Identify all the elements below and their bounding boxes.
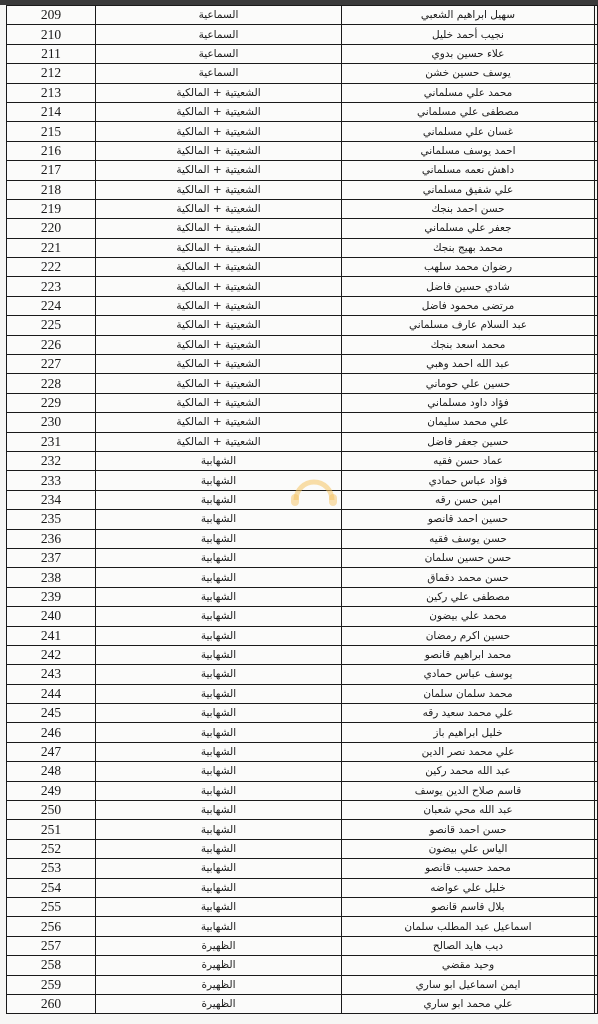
row-area: الظهيرة — [96, 956, 342, 975]
row-name: حسن حسين سلمان — [342, 548, 595, 567]
table-row: 229الشعيتية + المالكيةفؤاد داود مسلماني — [7, 393, 598, 412]
row-area: الشعيتية + المالكية — [96, 161, 342, 180]
table-row: 255الشهابيةبلال قاسم قانصو — [7, 897, 598, 916]
right-margin-cell — [595, 626, 598, 645]
row-area: الشهابية — [96, 917, 342, 936]
row-number: 222 — [7, 258, 96, 277]
right-margin-cell — [595, 994, 598, 1013]
table-row: 210السماعيةنجيب أحمد خليل — [7, 25, 598, 44]
row-number: 225 — [7, 316, 96, 335]
row-area: الشهابية — [96, 645, 342, 664]
table-row: 237الشهابيةحسن حسين سلمان — [7, 548, 598, 567]
right-margin-cell — [595, 199, 598, 218]
right-margin-cell — [595, 704, 598, 723]
row-area: الشهابية — [96, 704, 342, 723]
right-margin-cell — [595, 471, 598, 490]
right-margin-cell — [595, 645, 598, 664]
right-margin-cell — [595, 568, 598, 587]
row-area: الشعيتية + المالكية — [96, 141, 342, 160]
right-margin-cell — [595, 238, 598, 257]
table-row: 254الشهابيةخليل علي عواضه — [7, 878, 598, 897]
row-number: 209 — [7, 6, 96, 25]
row-name: حسين جعفر فاضل — [342, 432, 595, 451]
row-number: 216 — [7, 141, 96, 160]
row-name: يوسف حسين خشن — [342, 64, 595, 83]
right-margin-cell — [595, 801, 598, 820]
row-number: 231 — [7, 432, 96, 451]
table-row: 241الشهابيةحسين اكرم رمضان — [7, 626, 598, 645]
row-area: الشهابية — [96, 471, 342, 490]
table-row: 243الشهابيةيوسف عباس حمادي — [7, 665, 598, 684]
row-area: الشهابية — [96, 510, 342, 529]
row-number: 226 — [7, 335, 96, 354]
row-name: علي محمد سليمان — [342, 413, 595, 432]
row-area: الشعيتية + المالكية — [96, 413, 342, 432]
table-row: 252الشهابيةالياس علي بيضون — [7, 839, 598, 858]
row-area: الشعيتية + المالكية — [96, 335, 342, 354]
table-row: 214الشعيتية + المالكيةمصطفى علي مسلماني — [7, 102, 598, 121]
right-margin-cell — [595, 510, 598, 529]
row-name: عبد الله احمد وهبي — [342, 355, 595, 374]
row-name: قاسم صلاح الدين يوسف — [342, 781, 595, 800]
table-row: 215الشعيتية + المالكيةغسان علي مسلماني — [7, 122, 598, 141]
row-area: الشعيتية + المالكية — [96, 238, 342, 257]
row-area: الشعيتية + المالكية — [96, 219, 342, 238]
table-row: 244الشهابيةمحمد سلمان سلمان — [7, 684, 598, 703]
table-row: 217الشعيتية + المالكيةداهش نعمه مسلماني — [7, 161, 598, 180]
row-number: 211 — [7, 44, 96, 63]
table-row: 232الشهابيةعماد حسن فقيه — [7, 451, 598, 470]
right-margin-cell — [595, 723, 598, 742]
row-name: غسان علي مسلماني — [342, 122, 595, 141]
row-area: الشهابية — [96, 723, 342, 742]
row-name: نجيب أحمد خليل — [342, 25, 595, 44]
row-name: محمد علي بيضون — [342, 607, 595, 626]
table-row: 218الشعيتية + المالكيةعلي شفيق مسلماني — [7, 180, 598, 199]
row-area: الشهابية — [96, 878, 342, 897]
row-area: الشهابية — [96, 684, 342, 703]
row-number: 255 — [7, 897, 96, 916]
row-area: الشعيتية + المالكية — [96, 393, 342, 412]
table-row: 220الشعيتية + المالكيةجعفر علي مسلماني — [7, 219, 598, 238]
right-margin-cell — [595, 451, 598, 470]
right-margin-cell — [595, 607, 598, 626]
row-number: 251 — [7, 820, 96, 839]
row-name: عبد السلام عارف مسلماني — [342, 316, 595, 335]
row-name: امين حسن رقه — [342, 490, 595, 509]
row-name: علي محمد نصر الدين — [342, 742, 595, 761]
table-row: 249الشهابيةقاسم صلاح الدين يوسف — [7, 781, 598, 800]
right-margin-cell — [595, 258, 598, 277]
row-name: ديب هايد الصالح — [342, 936, 595, 955]
table-row: 260الظهيرةعلي محمد ابو ساري — [7, 994, 598, 1013]
row-area: الشعيتية + المالكية — [96, 83, 342, 102]
row-number: 230 — [7, 413, 96, 432]
right-margin-cell — [595, 141, 598, 160]
table-row: 209السماعيةسهيل ابراهيم الشعبي — [7, 6, 598, 25]
row-name: محمد بهيج بنجك — [342, 238, 595, 257]
right-margin-cell — [595, 413, 598, 432]
row-area: الشهابية — [96, 626, 342, 645]
table-row: 240الشهابيةمحمد علي بيضون — [7, 607, 598, 626]
right-margin-cell — [595, 219, 598, 238]
row-number: 259 — [7, 975, 96, 994]
table-row: 231الشعيتية + المالكيةحسين جعفر فاضل — [7, 432, 598, 451]
table-row: 213الشعيتية + المالكيةمحمد علي مسلماني — [7, 83, 598, 102]
right-margin-cell — [595, 161, 598, 180]
table-row: 253الشهابيةمحمد حسيب قانصو — [7, 859, 598, 878]
row-number: 253 — [7, 859, 96, 878]
row-area: الظهيرة — [96, 936, 342, 955]
row-area: الشعيتية + المالكية — [96, 199, 342, 218]
row-number: 235 — [7, 510, 96, 529]
row-name: جعفر علي مسلماني — [342, 219, 595, 238]
row-name: محمد سلمان سلمان — [342, 684, 595, 703]
row-area: الشهابية — [96, 490, 342, 509]
table-row: 211السماعيةعلاء حسين بدوي — [7, 44, 598, 63]
row-area: السماعية — [96, 25, 342, 44]
right-margin-cell — [595, 820, 598, 839]
row-name: خليل ابراهيم باز — [342, 723, 595, 742]
table-row: 235الشهابيةحسين احمد قانصو — [7, 510, 598, 529]
right-margin-cell — [595, 878, 598, 897]
right-margin-cell — [595, 25, 598, 44]
row-name: يوسف عباس حمادي — [342, 665, 595, 684]
row-area: الشعيتية + المالكية — [96, 277, 342, 296]
table-row: 257الظهيرةديب هايد الصالح — [7, 936, 598, 955]
row-area: الشعيتية + المالكية — [96, 258, 342, 277]
row-area: الشهابية — [96, 665, 342, 684]
right-margin-cell — [595, 6, 598, 25]
row-name: بلال قاسم قانصو — [342, 897, 595, 916]
row-name: محمد علي مسلماني — [342, 83, 595, 102]
right-margin-cell — [595, 122, 598, 141]
table-row: 242الشهابيةمحمد ابراهيم قانصو — [7, 645, 598, 664]
row-number: 249 — [7, 781, 96, 800]
table-row: 219الشعيتية + المالكيةحسن احمد بنجك — [7, 199, 598, 218]
row-number: 218 — [7, 180, 96, 199]
table-row: 248الشهابيةعبد الله محمد ركين — [7, 762, 598, 781]
row-area: الشهابية — [96, 587, 342, 606]
row-area: الشهابية — [96, 762, 342, 781]
right-margin-cell — [595, 296, 598, 315]
row-area: الشهابية — [96, 607, 342, 626]
row-name: حسن محمد دقماق — [342, 568, 595, 587]
row-number: 229 — [7, 393, 96, 412]
row-number: 247 — [7, 742, 96, 761]
row-name: اسماعيل عبد المطلب سلمان — [342, 917, 595, 936]
table-row: 226الشعيتية + المالكيةمحمد اسعد بنجك — [7, 335, 598, 354]
table-row: 250الشهابيةعبد الله محي شعبان — [7, 801, 598, 820]
right-margin-cell — [595, 897, 598, 916]
table-row: 238الشهابيةحسن محمد دقماق — [7, 568, 598, 587]
right-margin-cell — [595, 83, 598, 102]
row-area: السماعية — [96, 64, 342, 83]
right-margin-cell — [595, 64, 598, 83]
right-margin-cell — [595, 975, 598, 994]
row-area: الشهابية — [96, 801, 342, 820]
row-number: 223 — [7, 277, 96, 296]
row-number: 220 — [7, 219, 96, 238]
row-number: 239 — [7, 587, 96, 606]
row-number: 245 — [7, 704, 96, 723]
row-name: حسن يوسف فقيه — [342, 529, 595, 548]
names-table: 209السماعيةسهيل ابراهيم الشعبي210السماعي… — [6, 5, 598, 1014]
row-name: خليل علي عواضه — [342, 878, 595, 897]
row-name: علاء حسين بدوي — [342, 44, 595, 63]
row-name: علي محمد ابو ساري — [342, 994, 595, 1013]
right-margin-cell — [595, 859, 598, 878]
row-name: محمد ابراهيم قانصو — [342, 645, 595, 664]
right-margin-cell — [595, 587, 598, 606]
right-margin-cell — [595, 432, 598, 451]
row-number: 257 — [7, 936, 96, 955]
row-area: الشعيتية + المالكية — [96, 296, 342, 315]
row-area: الشعيتية + المالكية — [96, 122, 342, 141]
table-row: 245الشهابيةعلي محمد سعيد رقه — [7, 704, 598, 723]
row-name: محمد اسعد بنجك — [342, 335, 595, 354]
row-name: فؤاد عباس حمادي — [342, 471, 595, 490]
table-row: 259الظهيرةايمن اسماعيل ابو ساري — [7, 975, 598, 994]
right-margin-cell — [595, 335, 598, 354]
row-number: 233 — [7, 471, 96, 490]
row-number: 217 — [7, 161, 96, 180]
row-area: الشهابية — [96, 568, 342, 587]
row-number: 246 — [7, 723, 96, 742]
right-margin-cell — [595, 393, 598, 412]
table-row: 228الشعيتية + المالكيةحسين علي حوماني — [7, 374, 598, 393]
right-margin-cell — [595, 44, 598, 63]
table-row: 221الشعيتية + المالكيةمحمد بهيج بنجك — [7, 238, 598, 257]
right-margin-cell — [595, 102, 598, 121]
row-area: الظهيرة — [96, 994, 342, 1013]
right-margin-cell — [595, 548, 598, 567]
right-margin-cell — [595, 665, 598, 684]
row-name: وحيد مقضي — [342, 956, 595, 975]
row-number: 219 — [7, 199, 96, 218]
row-name: داهش نعمه مسلماني — [342, 161, 595, 180]
row-number: 243 — [7, 665, 96, 684]
row-name: رضوان محمد سلهب — [342, 258, 595, 277]
row-number: 236 — [7, 529, 96, 548]
row-name: مصطفى علي مسلماني — [342, 102, 595, 121]
row-number: 241 — [7, 626, 96, 645]
row-name: ايمن اسماعيل ابو ساري — [342, 975, 595, 994]
right-margin-cell — [595, 529, 598, 548]
right-margin-cell — [595, 180, 598, 199]
row-number: 221 — [7, 238, 96, 257]
table-row: 247الشهابيةعلي محمد نصر الدين — [7, 742, 598, 761]
row-number: 242 — [7, 645, 96, 664]
row-number: 252 — [7, 839, 96, 858]
row-area: الشعيتية + المالكية — [96, 355, 342, 374]
row-number: 214 — [7, 102, 96, 121]
row-number: 224 — [7, 296, 96, 315]
right-margin-cell — [595, 277, 598, 296]
right-margin-cell — [595, 374, 598, 393]
row-name: شادي حسين فاضل — [342, 277, 595, 296]
row-number: 227 — [7, 355, 96, 374]
right-margin-cell — [595, 956, 598, 975]
row-area: الشعيتية + المالكية — [96, 102, 342, 121]
row-area: الشهابية — [96, 859, 342, 878]
right-margin-cell — [595, 781, 598, 800]
document-page: 209السماعيةسهيل ابراهيم الشعبي210السماعي… — [6, 5, 593, 1014]
row-number: 244 — [7, 684, 96, 703]
row-name: سهيل ابراهيم الشعبي — [342, 6, 595, 25]
row-number: 258 — [7, 956, 96, 975]
row-name: الياس علي بيضون — [342, 839, 595, 858]
row-number: 248 — [7, 762, 96, 781]
row-number: 238 — [7, 568, 96, 587]
row-number: 228 — [7, 374, 96, 393]
row-name: عبد الله محي شعبان — [342, 801, 595, 820]
row-name: مرتضى محمود فاضل — [342, 296, 595, 315]
row-number: 213 — [7, 83, 96, 102]
row-name: فؤاد داود مسلماني — [342, 393, 595, 412]
row-name: عبد الله محمد ركين — [342, 762, 595, 781]
row-name: حسين احمد قانصو — [342, 510, 595, 529]
table-row: 222الشعيتية + المالكيةرضوان محمد سلهب — [7, 258, 598, 277]
row-name: احمد يوسف مسلماني — [342, 141, 595, 160]
row-area: الشهابية — [96, 451, 342, 470]
right-margin-cell — [595, 355, 598, 374]
row-area: الشعيتية + المالكية — [96, 432, 342, 451]
table-row: 233الشهابيةفؤاد عباس حمادي — [7, 471, 598, 490]
row-number: 260 — [7, 994, 96, 1013]
row-area: الشهابية — [96, 529, 342, 548]
table-row: 224الشعيتية + المالكيةمرتضى محمود فاضل — [7, 296, 598, 315]
right-margin-cell — [595, 762, 598, 781]
row-number: 212 — [7, 64, 96, 83]
right-margin-cell — [595, 917, 598, 936]
right-margin-cell — [595, 839, 598, 858]
row-name: علي شفيق مسلماني — [342, 180, 595, 199]
right-margin-cell — [595, 684, 598, 703]
table-row: 239الشهابيةمصطفى علي ركين — [7, 587, 598, 606]
row-area: الشهابية — [96, 742, 342, 761]
row-number: 215 — [7, 122, 96, 141]
row-area: الشهابية — [96, 897, 342, 916]
row-area: الشهابية — [96, 781, 342, 800]
table-row: 236الشهابيةحسن يوسف فقيه — [7, 529, 598, 548]
row-area: الظهيرة — [96, 975, 342, 994]
row-name: حسين علي حوماني — [342, 374, 595, 393]
row-area: الشهابية — [96, 548, 342, 567]
row-area: الشعيتية + المالكية — [96, 316, 342, 335]
table-row: 251الشهابيةحسن احمد قانصو — [7, 820, 598, 839]
right-margin-cell — [595, 316, 598, 335]
row-name: حسن احمد بنجك — [342, 199, 595, 218]
right-margin-cell — [595, 742, 598, 761]
row-number: 237 — [7, 548, 96, 567]
row-area: الشعيتية + المالكية — [96, 374, 342, 393]
row-name: محمد حسيب قانصو — [342, 859, 595, 878]
table-row: 234الشهابيةامين حسن رقه — [7, 490, 598, 509]
row-area: السماعية — [96, 6, 342, 25]
row-number: 210 — [7, 25, 96, 44]
table-row: 227الشعيتية + المالكيةعبد الله احمد وهبي — [7, 355, 598, 374]
row-number: 240 — [7, 607, 96, 626]
row-name: عماد حسن فقيه — [342, 451, 595, 470]
row-number: 250 — [7, 801, 96, 820]
right-margin-cell — [595, 936, 598, 955]
right-margin-cell — [595, 490, 598, 509]
row-area: الشهابية — [96, 839, 342, 858]
table-row: 225الشعيتية + المالكيةعبد السلام عارف مس… — [7, 316, 598, 335]
row-number: 254 — [7, 878, 96, 897]
table-row: 216الشعيتية + المالكيةاحمد يوسف مسلماني — [7, 141, 598, 160]
row-name: علي محمد سعيد رقه — [342, 704, 595, 723]
table-row: 246الشهابيةخليل ابراهيم باز — [7, 723, 598, 742]
table-row: 212السماعيةيوسف حسين خشن — [7, 64, 598, 83]
row-number: 256 — [7, 917, 96, 936]
row-number: 234 — [7, 490, 96, 509]
table-row: 223الشعيتية + المالكيةشادي حسين فاضل — [7, 277, 598, 296]
row-area: السماعية — [96, 44, 342, 63]
row-name: حسين اكرم رمضان — [342, 626, 595, 645]
row-name: مصطفى علي ركين — [342, 587, 595, 606]
table-row: 230الشعيتية + المالكيةعلي محمد سليمان — [7, 413, 598, 432]
table-row: 258الظهيرةوحيد مقضي — [7, 956, 598, 975]
row-number: 232 — [7, 451, 96, 470]
table-row: 256الشهابيةاسماعيل عبد المطلب سلمان — [7, 917, 598, 936]
row-area: الشعيتية + المالكية — [96, 180, 342, 199]
row-name: حسن احمد قانصو — [342, 820, 595, 839]
row-area: الشهابية — [96, 820, 342, 839]
